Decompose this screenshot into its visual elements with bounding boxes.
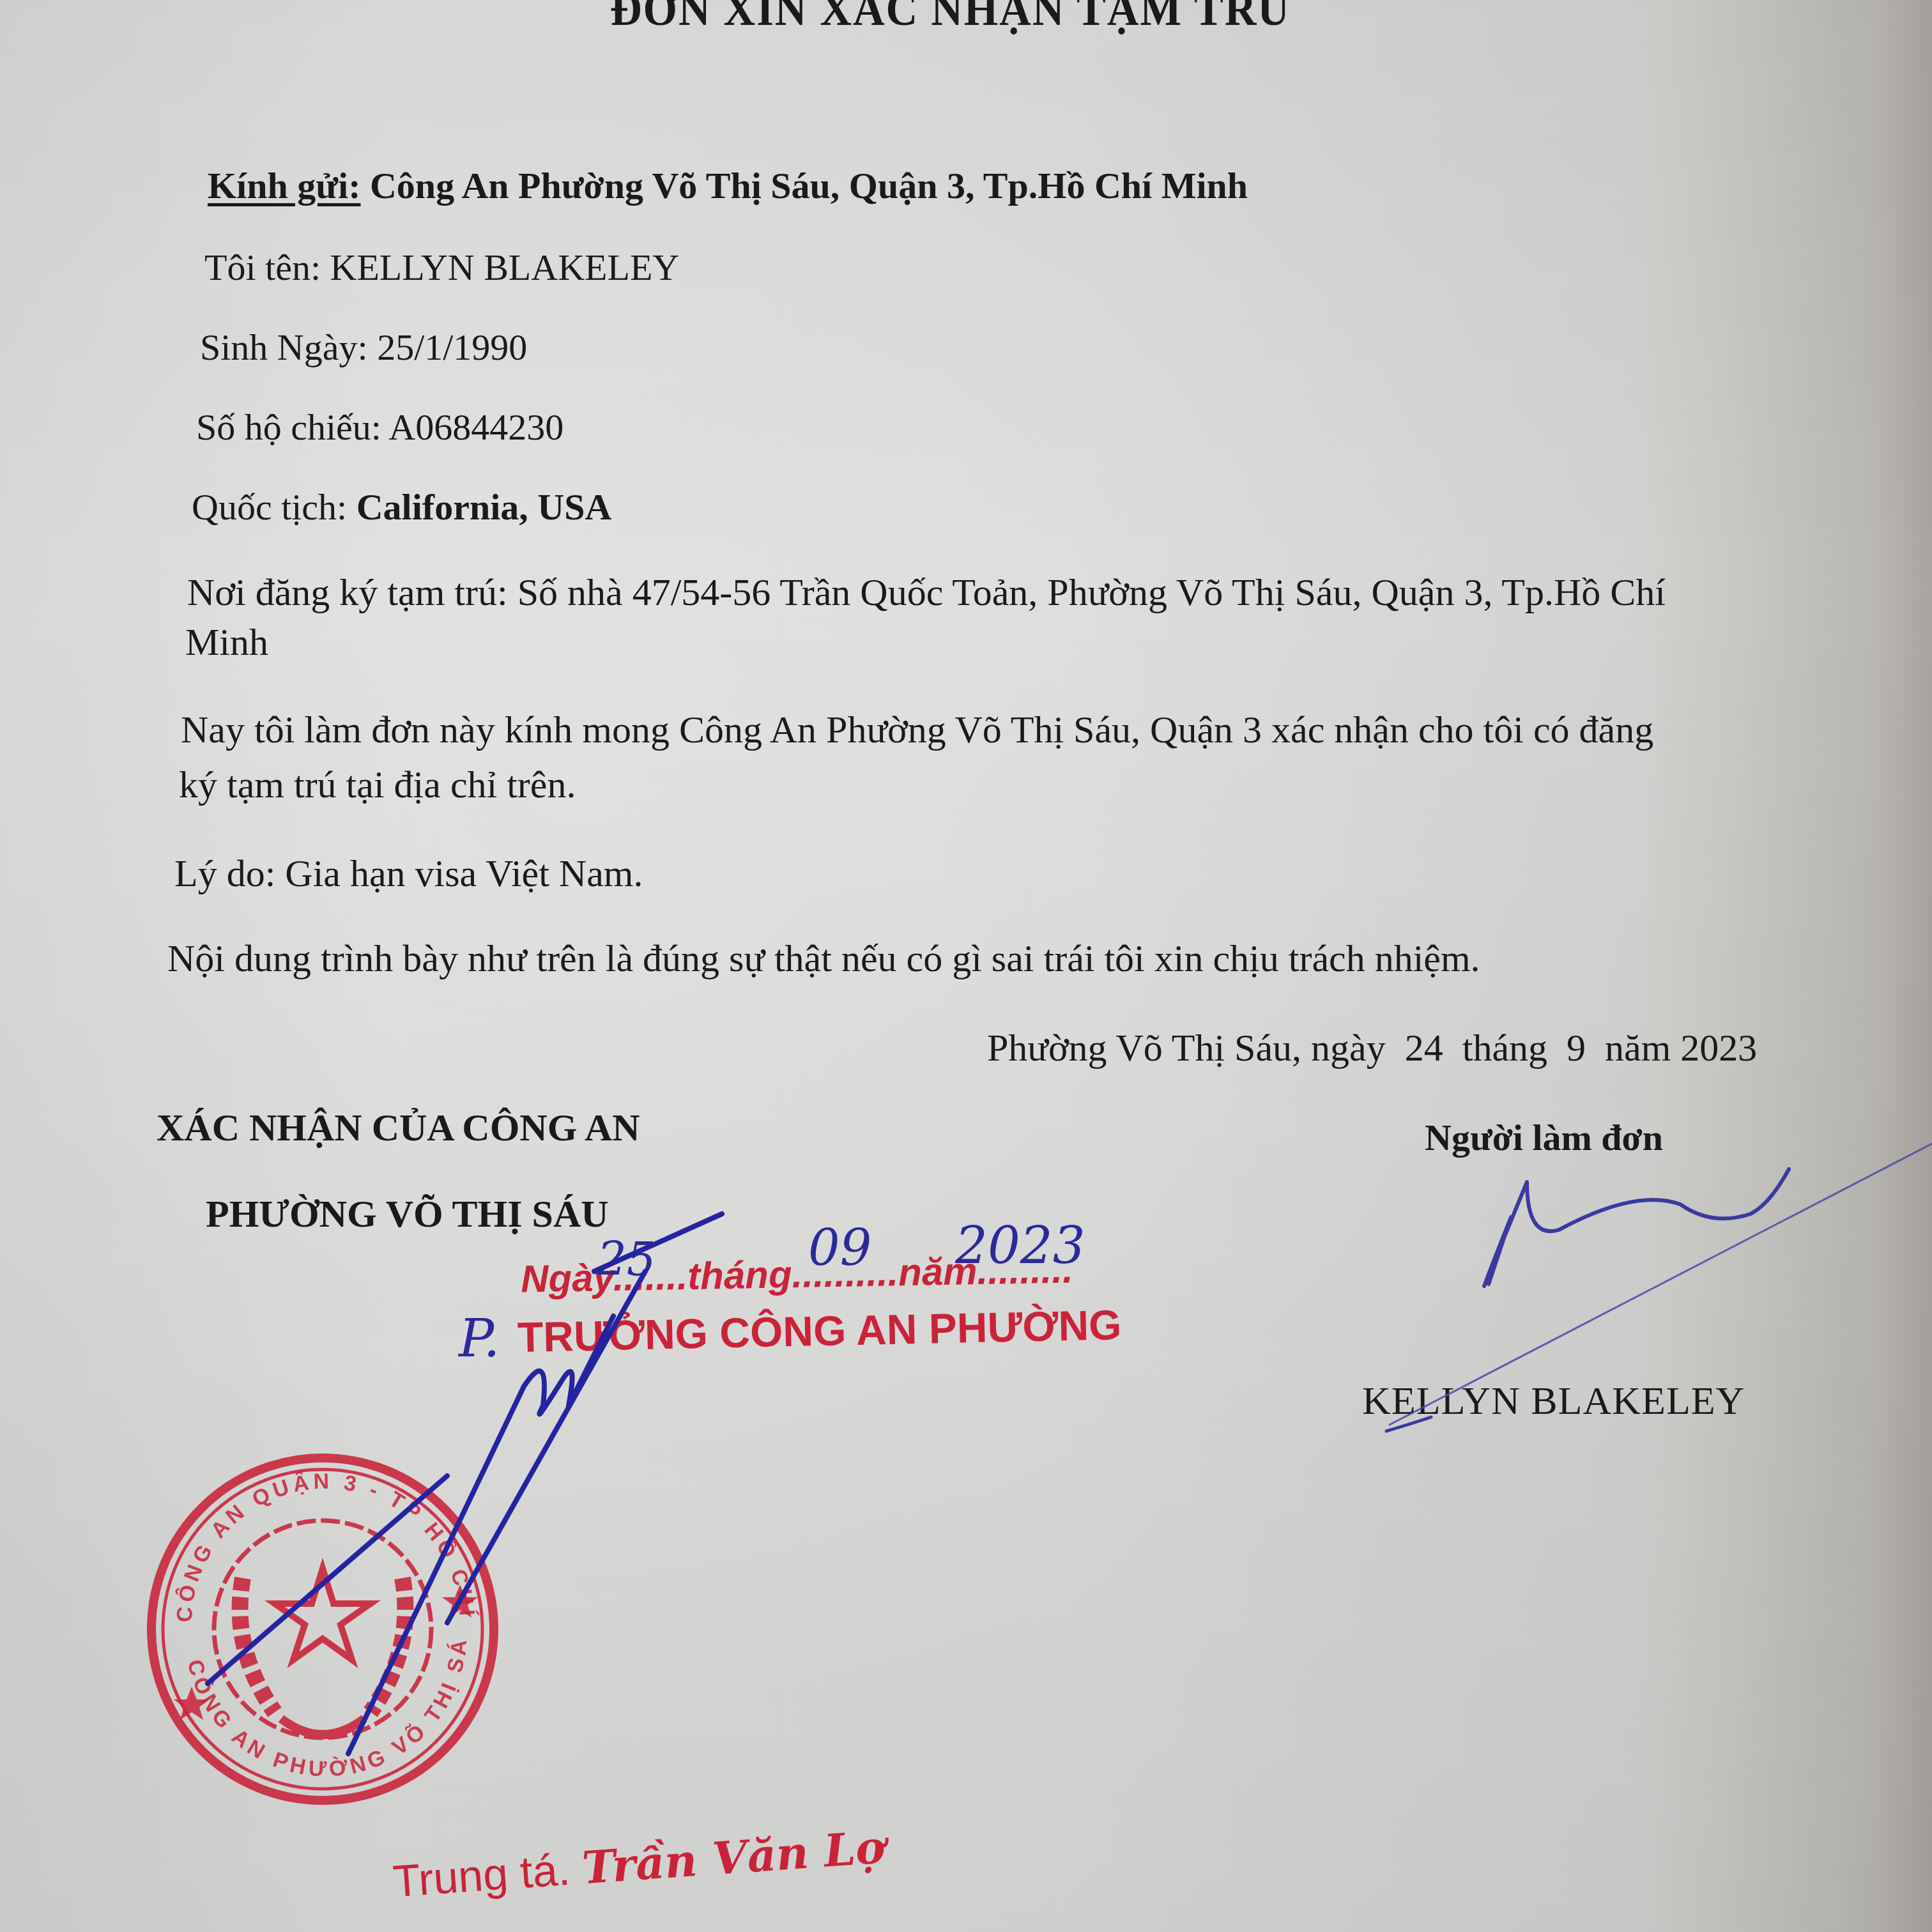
applicant-heading: Người làm đơn <box>1425 1119 1663 1156</box>
handwritten-month: 09 <box>808 1223 871 1273</box>
request-line-2: ký tạm trú tại địa chỉ trên. <box>179 765 576 804</box>
field-label: Sinh Ngày: <box>200 326 368 368</box>
field-passport: Số hộ chiếu: A06844230 <box>196 409 563 446</box>
stamp-title: TRƯỞNG CÔNG AN PHƯỜNG <box>517 1303 1122 1358</box>
seal-star-icon <box>275 1568 371 1660</box>
field-name: Tôi tên: KELLYN BLAKELEY <box>204 249 679 286</box>
recipient-value: Công An Phường Võ Thị Sáu, Quận 3, Tp.Hồ… <box>370 165 1248 206</box>
field-birthdate: Sinh Ngày: 25/1/1990 <box>200 329 527 366</box>
police-heading-line-2: PHƯỜNG VÕ THỊ SÁU <box>206 1195 609 1233</box>
field-value: California, USA <box>356 486 612 528</box>
police-heading-line-1: XÁC NHẬN CỦA CÔNG AN <box>157 1108 640 1147</box>
field-value: 25/1/1990 <box>377 326 527 368</box>
reason-line: Lý do: Gia hạn visa Việt Nam. <box>174 854 643 893</box>
document-title: ĐƠN XIN XÁC NHẬN TẠM TRÚ <box>610 0 1291 33</box>
applicant-signature <box>1484 1169 1789 1286</box>
place-date: Phường Võ Thị Sáu, ngày 24 tháng 9 năm 2… <box>987 1029 1757 1067</box>
svg-text:CÔNG AN QUẬN 3 - TP HỒ CHÍ MIN: CÔNG AN QUẬN 3 - TP HỒ CHÍ MINH <box>0 0 479 1623</box>
applicant-name: KELLYN BLAKELEY <box>1362 1381 1745 1421</box>
field-value: A06844230 <box>388 406 563 448</box>
request-line-1: Nay tôi làm đơn này kính mong Công An Ph… <box>181 710 1653 749</box>
residence-line-1: Nơi đăng ký tạm trú: Số nhà 47/54-56 Trầ… <box>187 573 1666 611</box>
officer-name: Trần Văn Lợ <box>580 1820 887 1894</box>
field-label: Số hộ chiếu: <box>196 406 381 448</box>
handwritten-year: 2023 <box>955 1220 1085 1271</box>
field-label: Tôi tên: <box>204 247 321 288</box>
declaration-line: Nội dung trình bày như trên là đúng sự t… <box>167 939 1480 977</box>
recipient-label: Kính gửi: <box>208 165 360 206</box>
seal-outer-text: CÔNG AN QUẬN 3 - TP HỒ CHÍ MINH <box>0 0 479 1623</box>
residence-line-2: Minh <box>185 623 268 661</box>
field-label: Quốc tịch: <box>192 486 347 528</box>
recipient-line: Kính gửi: Công An Phường Võ Thị Sáu, Quậ… <box>208 167 1248 204</box>
officer-signature-line: Trung tá. Trần Văn Lợ <box>392 1825 887 1904</box>
officer-rank: Trung tá. <box>391 1844 571 1906</box>
handwritten-prefix: P. <box>459 1313 500 1365</box>
field-value: KELLYN BLAKELEY <box>330 247 680 288</box>
handwritten-day: 25 <box>597 1236 656 1282</box>
field-nationality: Quốc tịch: California, USA <box>192 489 611 526</box>
